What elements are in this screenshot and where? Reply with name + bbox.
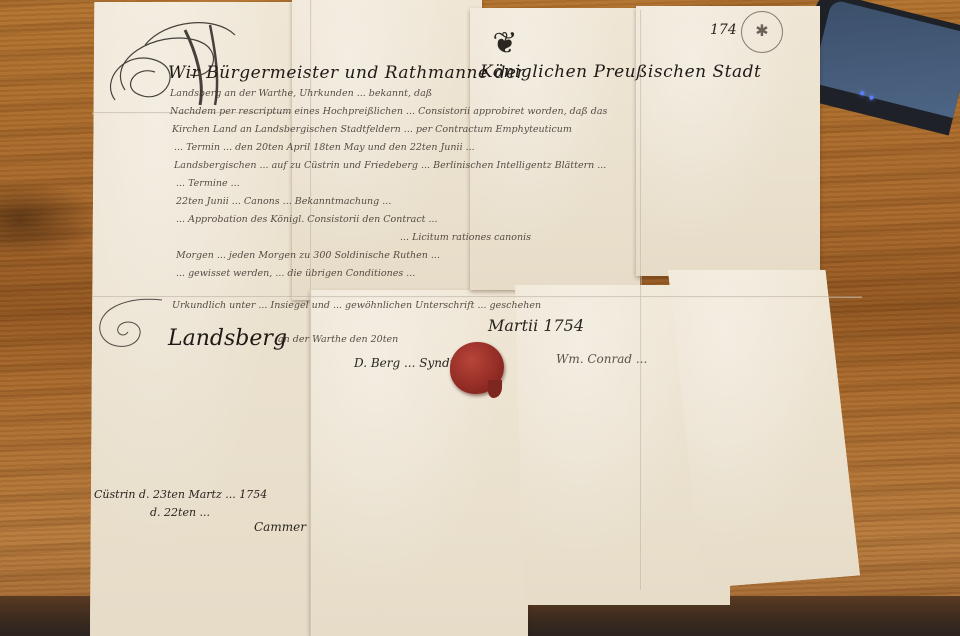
- closing-date: Martii 1754: [488, 316, 584, 335]
- body-line: Kirchen Land an Landsbergischen Stadtfel…: [172, 124, 572, 135]
- fold-line: [640, 10, 642, 590]
- top-right-mark: 174: [710, 22, 737, 38]
- body-line: Landsbergischen ... auf zu Cüstrin und F…: [174, 160, 606, 171]
- body-line: ... gewisset werden, ... die übrigen Con…: [176, 268, 415, 279]
- body-line: Landsberg an der Warthe, Uhrkunden ... b…: [170, 88, 432, 99]
- heading-left: Wir Bürgermeister und Rathmanne der: [168, 63, 525, 83]
- signature-right: Wm. Conrad ...: [556, 352, 647, 366]
- closing-place: Landsberg: [168, 326, 287, 351]
- bottom-note-signature: Cammer: [254, 520, 306, 534]
- bottom-note-line2: d. 22ten ...: [150, 506, 210, 519]
- body-line: ... Termin ... den 20ten April 18ten May…: [174, 142, 475, 153]
- body-line: Nachdem per rescriptum eines Hochpreißli…: [170, 106, 607, 117]
- heading-right: Königlichen Preußischen Stadt: [480, 62, 761, 82]
- body-line: ... Termine ...: [176, 178, 240, 189]
- signature-left: D. Berg ... Syndic.: [354, 356, 464, 370]
- fold-line: [92, 296, 862, 298]
- coat-of-arms-icon: ❦: [486, 20, 524, 68]
- body-line: Morgen ... jeden Morgen zu 300 Soldinisc…: [176, 250, 440, 261]
- laptop-led: [869, 95, 874, 100]
- body-line: ... Licitum rationes canonis: [400, 232, 531, 243]
- closing-place-suffix: an der Warthe den 20ten: [278, 334, 398, 345]
- document-panel-right: [636, 6, 820, 276]
- spiral-flourish-icon: [92, 296, 172, 356]
- shadow: [0, 180, 100, 260]
- body-line: ... Approbation des Königl. Consistorii …: [176, 214, 438, 225]
- bottom-note-line1: Cüstrin d. 23ten Martz ... 1754: [94, 488, 267, 501]
- body-line: 22ten Junii ... Canons ... Bekanntmachun…: [176, 196, 391, 207]
- closing-line: Urkundlich unter ... Insiegel und ... ge…: [172, 300, 541, 311]
- tax-stamp-icon: ✱: [741, 11, 783, 53]
